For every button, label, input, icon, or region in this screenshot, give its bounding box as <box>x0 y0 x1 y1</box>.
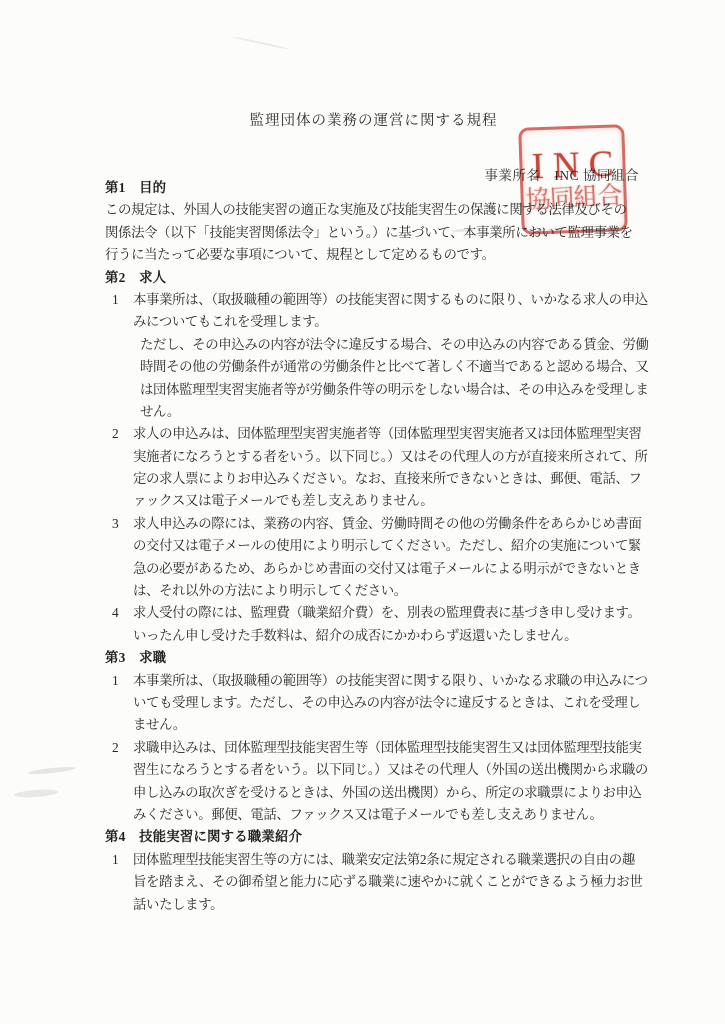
text-line-content: 求人受付の際には、監理費（職業紹介費）を、別表の監理費表に基づき申し受けます。 <box>133 605 641 620</box>
text-line: 1本事業所は、（取扱職種の範囲等）の技能実習に関するものに限り、いかなる求人の申… <box>105 289 665 311</box>
text-line: この規定は、外国人の技能実習の適正な実施及び技能実習生の保護に関する法律及びその <box>105 199 665 221</box>
item-number: 1 <box>112 670 119 692</box>
text-line: 1本事業所は、（取扱職種の範囲等）の技能実習に関する限り、いかなる求職の申込みに… <box>105 670 665 692</box>
item-number: 2 <box>112 423 119 445</box>
text-line: ません。 <box>105 714 665 736</box>
text-line: の交付又は電子メールの使用により明示してください。ただし、紹介の実施について緊 <box>105 535 665 557</box>
scan-artifact <box>232 36 289 50</box>
document-body: 第1 目的この規定は、外国人の技能実習の適正な実施及び技能実習生の保護に関する法… <box>105 177 665 916</box>
text-line: いったん申し受けた手数料は、紹介の成否にかかわらず返還いたしません。 <box>105 625 665 647</box>
section-heading: 第1 目的 <box>105 177 665 199</box>
text-line: せん。 <box>105 401 665 423</box>
item-number: 1 <box>112 849 119 871</box>
text-line: いても受理します。ただし、その申込みの内容が法令に違反するときは、これを受理し <box>105 692 665 714</box>
text-line: は、それ以外の方法により明示してください。 <box>105 580 665 602</box>
text-line-content: 求人の申込みは、団体監理型実習実施者等（団体監理型実習実施者又は団体監理型実習 <box>133 426 642 441</box>
text-line: 旨を踏まえ、その御希望と能力に応ずる職業に速やかに就くことができるよう極力お世 <box>105 871 665 893</box>
text-line-content: 団体監理型技能実習生等の方には、職業安定法第2条に規定される職業選択の自由の趣 <box>133 852 635 867</box>
text-line: みください。郵便、電話、ファックス又は電子メールでも差し支えありません。 <box>105 804 665 826</box>
text-line: 行うに当たって必要な事項について、規程として定めるものです。 <box>105 244 665 266</box>
item-number: 3 <box>112 513 119 535</box>
document-page: 監理団体の業務の運営に関する規程 事業所名 INC 協同組合 INC 協同組合 … <box>0 0 725 1024</box>
text-line: 申し込みの取次ぎを受けるときは、外国の送出機関）から、所定の求職票によりお申込 <box>105 782 665 804</box>
item-number: 4 <box>112 602 119 624</box>
text-line-content: 本事業所は、（取扱職種の範囲等）の技能実習に関する限り、いかなる求職の申込みにつ <box>133 673 648 688</box>
scan-artifact <box>28 766 76 776</box>
item-number: 1 <box>112 289 119 311</box>
text-line: 4求人受付の際には、監理費（職業紹介費）を、別表の監理費表に基づき申し受けます。 <box>105 602 665 624</box>
text-line: 習生になろうとする者をいう。以下同じ。）又はその代理人（外国の送出機関から求職の <box>105 759 665 781</box>
text-line-content: 求人申込みの際には、業務の内容、賃金、労働時間その他の労働条件をあらかじめ書面 <box>133 516 642 531</box>
text-line: 話いたします。 <box>105 894 665 916</box>
text-line: は団体監理型実習実施者等が労働条件等の明示をしない場合は、その申込みを受理しま <box>105 379 665 401</box>
item-number: 2 <box>112 737 119 759</box>
text-line-content: 求職申込みは、団体監理型技能実習生等（団体監理型技能実習生又は団体監理型技能実 <box>133 740 642 755</box>
text-line: 1団体監理型技能実習生等の方には、職業安定法第2条に規定される職業選択の自由の趣 <box>105 849 665 871</box>
text-line: 3求人申込みの際には、業務の内容、賃金、労働時間その他の労働条件をあらかじめ書面 <box>105 513 665 535</box>
text-line: みについてもこれを受理します。 <box>105 311 665 333</box>
text-line: 急の必要があるため、あらかじめ書面の交付又は電子メールによる明示ができないとき <box>105 558 665 580</box>
text-line: ァックス又は電子メールでも差し支えありません。 <box>105 490 665 512</box>
text-line: 実施者になろうとする者をいう。以下同じ。）又はその代理人の方が直接来所されて、所 <box>105 446 665 468</box>
text-line: 時間その他の労働条件が通常の労働条件と比べて著しく不適当であると認める場合、又 <box>105 356 665 378</box>
scan-artifact <box>14 788 58 798</box>
text-line: ただし、その申込みの内容が法令に違反する場合、その申込みの内容である賃金、労働 <box>105 334 665 356</box>
text-line: 2求人の申込みは、団体監理型実習実施者等（団体監理型実習実施者又は団体監理型実習 <box>105 423 665 445</box>
text-line-content: 本事業所は、（取扱職種の範囲等）の技能実習に関するものに限り、いかなる求人の申込 <box>133 292 648 307</box>
text-line: 2求職申込みは、団体監理型技能実習生等（団体監理型技能実習生又は団体監理型技能実 <box>105 737 665 759</box>
text-line: 関係法令（以下「技能実習関係法令」という。）に基づいて、本事業所において監理事業… <box>105 222 665 244</box>
section-heading: 第2 求人 <box>105 267 665 289</box>
text-line: 定の求人票によりお申込みください。なお、直接来所できないときは、郵便、電話、フ <box>105 468 665 490</box>
section-heading: 第4 技能実習に関する職業紹介 <box>105 826 665 848</box>
section-heading: 第3 求職 <box>105 647 665 669</box>
